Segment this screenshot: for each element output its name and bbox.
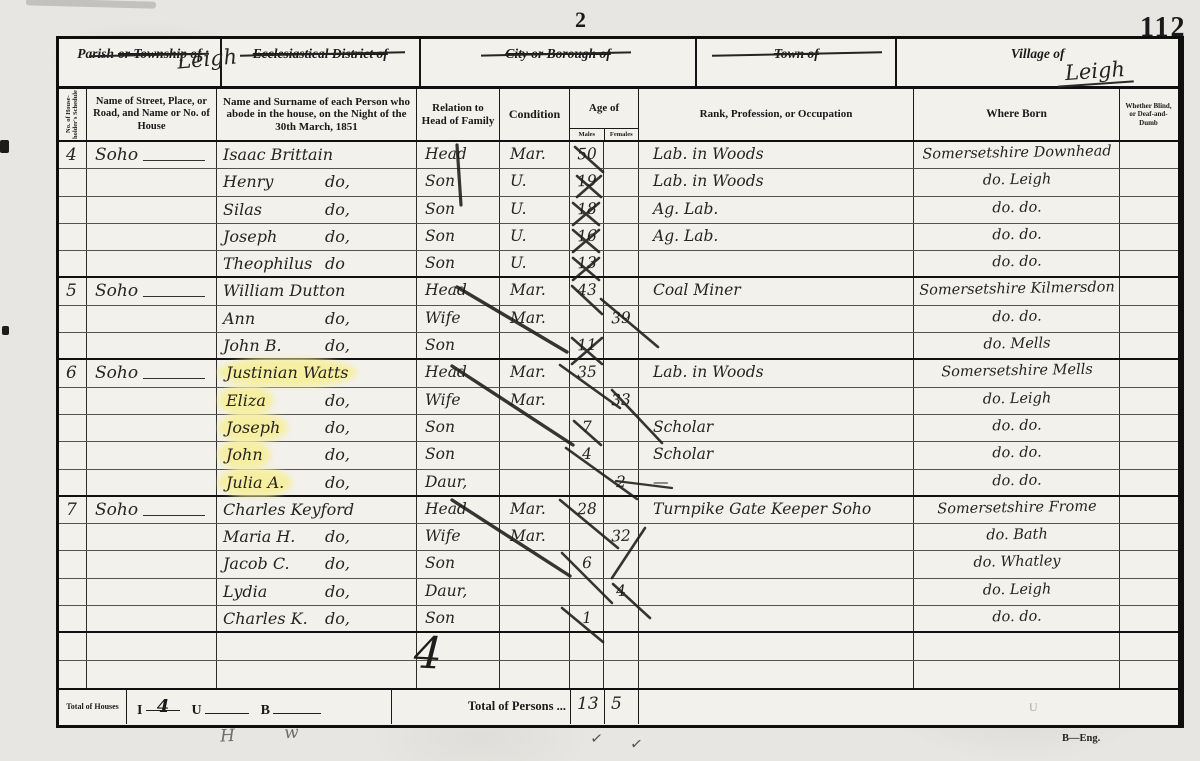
condition-cell: Mar. <box>500 142 570 168</box>
person-name: Julia A. <box>223 473 287 492</box>
col-header-occupation: Rank, Profession, or Occupation <box>639 89 914 140</box>
uninhabited-label: U <box>191 703 201 718</box>
occupation-cell: Ag. Lab. <box>639 197 914 223</box>
street-cell <box>87 197 217 223</box>
census-row: Silasdo,SonU.18Ag. Lab.do. do. <box>59 197 1178 224</box>
relation-cell: Head <box>417 278 500 304</box>
ditto-mark: do, <box>325 582 350 601</box>
street-cell <box>87 333 217 358</box>
col-header-where-born: Where Born <box>914 89 1120 140</box>
street-cell: Soho <box>87 497 217 523</box>
schedule-cell <box>59 661 87 688</box>
person-name: Silas <box>223 200 262 219</box>
person-name: Justinian Watts <box>223 363 352 382</box>
street-cell: Soho <box>87 360 217 386</box>
street-cell <box>87 661 217 688</box>
name-cell: Anndo, <box>217 306 417 332</box>
person-name: William Dutton <box>223 281 345 300</box>
schedule-cell <box>59 606 87 631</box>
name-cell: Johndo, <box>217 442 417 468</box>
condition-cell <box>500 333 570 358</box>
total-persons-label: Total of Persons ... <box>392 690 570 724</box>
schedule-cell <box>59 306 87 332</box>
ditto-mark: do, <box>325 609 350 628</box>
schedule-cell <box>59 551 87 577</box>
person-name: Eliza <box>223 391 269 410</box>
person-name: Theophilus <box>223 254 312 273</box>
person-name: John B. <box>223 336 282 355</box>
where-born-cell: Somersetshire Frome <box>914 497 1120 523</box>
age-female-cell: 39 <box>604 306 639 332</box>
census-row: Lydiado,Daur,4do. Leigh <box>59 579 1178 606</box>
condition-cell <box>500 442 570 468</box>
census-row: 6SohoJustinian WattsHeadMar.35Lab. in Wo… <box>59 360 1178 387</box>
ditto-mark: do, <box>325 227 350 246</box>
name-cell: Josephdo, <box>217 224 417 250</box>
age-male-cell: 13 <box>570 251 604 276</box>
name-cell: Jacob C.do, <box>217 551 417 577</box>
where-born-cell: do. Leigh <box>914 388 1120 414</box>
where-born-cell: do. do. <box>914 224 1120 250</box>
street-cell <box>87 251 217 276</box>
col-header-age: Age of Males Females <box>570 89 639 140</box>
col-header-males: Males <box>570 129 605 140</box>
occupation-cell <box>639 333 914 358</box>
age-male-cell <box>570 306 604 332</box>
street-cell <box>87 169 217 195</box>
occupation-cell: Scholar <box>639 415 914 441</box>
where-born-cell: do. Leigh <box>914 169 1120 195</box>
age-female-cell <box>604 224 639 250</box>
condition-cell: Mar. <box>500 306 570 332</box>
ditto-mark: do, <box>325 172 350 191</box>
census-form: Parish or Township of Leigh Ecclesiastic… <box>56 36 1184 728</box>
schedule-cell <box>59 224 87 250</box>
name-cell: Josephdo, <box>217 415 417 441</box>
person-name: Joseph <box>223 227 277 246</box>
handwritten-dash <box>143 296 205 297</box>
name-cell: Julia A.do, <box>217 470 417 495</box>
occupation-cell: Lab. in Woods <box>639 142 914 168</box>
schedule-cell: 4 <box>59 142 87 168</box>
infirmity-cell <box>1120 470 1177 495</box>
relation-cell: Daur, <box>417 470 500 495</box>
infirmity-cell <box>1120 142 1177 168</box>
age-male-cell: 50 <box>570 142 604 168</box>
person-name: Jacob C. <box>223 554 290 573</box>
age-female-cell <box>604 442 639 468</box>
census-scan-page: 2 112 Parish or Township of Leigh Eccles… <box>0 0 1200 761</box>
where-born-cell: do. do. <box>914 470 1120 495</box>
condition-cell: Mar. <box>500 360 570 386</box>
name-cell: Charles Keyford <box>217 497 417 523</box>
occupation-cell: Coal Miner <box>639 278 914 304</box>
where-born-cell: Somersetshire Kilmersdon <box>914 278 1120 304</box>
street-cell <box>87 470 217 495</box>
where-born-cell: do. Mells <box>914 333 1120 358</box>
person-name: Joseph <box>223 418 283 437</box>
occupation-cell <box>639 633 914 659</box>
age-female-cell: 33 <box>604 388 639 414</box>
census-row: Anndo,WifeMar.39do. do. <box>59 306 1178 333</box>
age-female-cell <box>604 633 639 659</box>
infirmity-cell <box>1120 524 1177 550</box>
infirmity-cell <box>1120 360 1177 386</box>
age-female-cell <box>604 360 639 386</box>
condition-cell: U. <box>500 197 570 223</box>
relation-cell: Head <box>417 360 500 386</box>
age-female-cell <box>604 251 639 276</box>
col-header-infirmity: Whether Blind, or Deaf-and-Dumb <box>1120 89 1177 140</box>
street-cell <box>87 306 217 332</box>
infirmity-cell <box>1120 442 1177 468</box>
inhabited-label: I <box>137 703 142 718</box>
where-born-cell: do. Leigh <box>914 579 1120 605</box>
age-male-cell <box>570 579 604 605</box>
parish-label: Parish <box>77 46 114 61</box>
name-cell: John B.do, <box>217 333 417 358</box>
name-cell: Henrydo, <box>217 169 417 195</box>
condition-cell <box>500 551 570 577</box>
col-header-relation: Relation to Head of Family <box>417 89 500 140</box>
infirmity-cell <box>1120 661 1177 688</box>
inhabited-value-handwritten: 4 <box>157 696 170 717</box>
age-female-cell <box>604 278 639 304</box>
where-born-cell: do. do. <box>914 306 1120 332</box>
age-male-cell <box>570 633 604 659</box>
ditto-mark: do, <box>325 336 350 355</box>
total-males-value: 13 <box>577 694 599 714</box>
col-header-schedule: No. of House-holder's Schedule <box>59 89 87 140</box>
person-name: Charles K. <box>223 609 308 628</box>
name-cell: Justinian Watts <box>217 360 417 386</box>
census-row <box>59 661 1178 688</box>
age-male-cell: 1 <box>570 606 604 631</box>
schedule-cell: 5 <box>59 278 87 304</box>
where-born-cell <box>914 633 1120 659</box>
person-name: Charles Keyford <box>223 500 354 519</box>
col-header-condition: Condition <box>500 89 570 140</box>
handwritten-dash <box>143 160 205 161</box>
street-cell <box>87 579 217 605</box>
village-value-handwritten: Leigh <box>1056 56 1134 87</box>
total-houses-label: Total of Houses <box>59 690 127 724</box>
age-male-cell <box>570 661 604 688</box>
age-male-cell: 28 <box>570 497 604 523</box>
schedule-cell <box>59 579 87 605</box>
census-rows: 4SohoIsaac BrittainHeadMar.50Lab. in Woo… <box>59 142 1178 688</box>
schedule-cell <box>59 415 87 441</box>
infirmity-cell <box>1120 278 1177 304</box>
street-cell <box>87 606 217 631</box>
infirmity-cell <box>1120 633 1177 659</box>
schedule-cell <box>59 251 87 276</box>
census-row: Johndo,Son4Scholardo. do. <box>59 442 1178 469</box>
occupation-cell <box>639 579 914 605</box>
age-female-cell <box>604 169 639 195</box>
street-cell <box>87 442 217 468</box>
condition-cell <box>500 606 570 631</box>
person-name: John <box>223 445 266 464</box>
age-female-cell <box>604 661 639 688</box>
infirmity-cell <box>1120 224 1177 250</box>
age-male-cell: 35 <box>570 360 604 386</box>
relation-cell: Wife <box>417 306 500 332</box>
schedule-cell: 6 <box>59 360 87 386</box>
condition-cell: U. <box>500 224 570 250</box>
column-headers: No. of House-holder's Schedule Name of S… <box>59 89 1178 142</box>
relation-cell: Wife <box>417 388 500 414</box>
schedule-cell: 7 <box>59 497 87 523</box>
town-cell: Town of <box>697 39 897 86</box>
infirmity-cell <box>1120 169 1177 195</box>
occupation-cell: — <box>639 470 914 495</box>
schedule-cell <box>59 197 87 223</box>
condition-cell: Mar. <box>500 278 570 304</box>
relation-cell: Son <box>417 251 500 276</box>
street-cell <box>87 524 217 550</box>
schedule-cell <box>59 633 87 659</box>
total-females-value: 5 <box>611 694 622 714</box>
occupation-cell: Lab. in Woods <box>639 360 914 386</box>
condition-cell: Mar. <box>500 388 570 414</box>
person-name: Maria H. <box>223 527 295 546</box>
relation-cell: Son <box>417 197 500 223</box>
check-marks: ✓ ✓ <box>589 729 656 757</box>
census-row: Josephdo,Son7Scholardo. do. <box>59 415 1178 442</box>
name-cell <box>217 633 417 659</box>
relation-cell: Wife <box>417 524 500 550</box>
name-cell: Maria H.do, <box>217 524 417 550</box>
where-born-cell: Somersetshire Mells <box>914 360 1120 386</box>
scan-speck <box>0 140 9 153</box>
age-female-cell <box>604 551 639 577</box>
occupation-cell <box>639 606 914 631</box>
relation-cell: Son <box>417 415 500 441</box>
census-row: 5SohoWilliam DuttonHeadMar.43Coal MinerS… <box>59 278 1178 305</box>
age-male-cell <box>570 388 604 414</box>
person-name: Isaac Brittain <box>223 145 333 164</box>
where-born-cell <box>914 661 1120 688</box>
condition-cell <box>500 661 570 688</box>
ditto-mark: do, <box>325 554 350 573</box>
street-cell <box>87 388 217 414</box>
city-borough-cell: City or Borough of <box>421 39 698 86</box>
where-born-cell: do. do. <box>914 251 1120 276</box>
street-cell <box>87 633 217 659</box>
infirmity-cell <box>1120 415 1177 441</box>
name-cell: Silasdo, <box>217 197 417 223</box>
street-cell: Soho <box>87 278 217 304</box>
infirmity-cell <box>1120 551 1177 577</box>
where-born-cell: do. do. <box>914 197 1120 223</box>
occupation-cell: Ag. Lab. <box>639 224 914 250</box>
census-row: 4SohoIsaac BrittainHeadMar.50Lab. in Woo… <box>59 142 1178 169</box>
census-row: John B.do,Son11do. Mells <box>59 333 1178 360</box>
occupation-cell <box>639 306 914 332</box>
age-male-cell: 18 <box>570 197 604 223</box>
age-female-cell <box>604 497 639 523</box>
where-born-cell: do. do. <box>914 415 1120 441</box>
ditto-mark: do <box>325 254 345 273</box>
age-female-cell <box>604 333 639 358</box>
infirmity-cell <box>1120 388 1177 414</box>
handwritten-dash <box>143 378 205 379</box>
person-name: Lydia <box>223 582 267 601</box>
name-cell: Theophilusdo <box>217 251 417 276</box>
ditto-mark: do, <box>325 391 350 410</box>
relation-cell: Son <box>417 442 500 468</box>
schedule-cell <box>59 333 87 358</box>
condition-cell <box>500 470 570 495</box>
age-male-cell <box>570 470 604 495</box>
condition-cell <box>500 579 570 605</box>
census-row: Henrydo,SonU.19Lab. in Woodsdo. Leigh <box>59 169 1178 196</box>
condition-cell <box>500 633 570 659</box>
village-cell: Village of Leigh <box>897 39 1178 86</box>
total-males-cell: 13 <box>570 690 604 724</box>
name-cell: Isaac Brittain <box>217 142 417 168</box>
infirmity-cell <box>1120 306 1177 332</box>
occupation-cell <box>639 251 914 276</box>
age-male-cell <box>570 524 604 550</box>
where-born-cell: Somersetshire Downhead <box>914 142 1120 168</box>
infirmity-cell <box>1120 197 1177 223</box>
village-label: Village of <box>1011 46 1065 61</box>
relation-cell: Head <box>417 497 500 523</box>
locality-header: Parish or Township of Leigh Ecclesiastic… <box>59 39 1178 89</box>
occupation-cell: Turnpike Gate Keeper Soho <box>639 497 914 523</box>
relation-cell: Son <box>417 224 500 250</box>
occupation-cell <box>639 661 914 688</box>
age-female-cell: 32 <box>604 524 639 550</box>
age-female-cell: 4 <box>604 579 639 605</box>
ditto-mark: do, <box>325 445 350 464</box>
infirmity-cell <box>1120 497 1177 523</box>
parish-cell: Parish or Township of Leigh <box>59 39 222 86</box>
age-male-cell: 6 <box>570 551 604 577</box>
occupation-cell: Scholar <box>639 442 914 468</box>
age-male-cell: 7 <box>570 415 604 441</box>
age-male-cell: 16 <box>570 224 604 250</box>
condition-cell: Mar. <box>500 497 570 523</box>
occupation-cell <box>639 388 914 414</box>
census-row: Julia A.do,Daur,2—do. do. <box>59 470 1178 497</box>
street-cell <box>87 224 217 250</box>
street-cell <box>87 415 217 441</box>
condition-cell <box>500 415 570 441</box>
age-female-cell: 2 <box>604 470 639 495</box>
where-born-cell: do. do. <box>914 442 1120 468</box>
relation-cell: Daur, <box>417 579 500 605</box>
condition-cell: U. <box>500 169 570 195</box>
footer-blank-cell: U <box>639 690 1178 724</box>
census-row: Jacob C.do,Son6do. Whatley <box>59 551 1178 578</box>
schedule-cell <box>59 442 87 468</box>
ditto-mark: do, <box>325 527 350 546</box>
infirmity-cell <box>1120 333 1177 358</box>
scan-smudge <box>26 0 156 9</box>
census-row: Maria H.do,WifeMar.32do. Bath <box>59 524 1178 551</box>
age-female-cell <box>604 606 639 631</box>
building-label: B <box>261 703 270 718</box>
ditto-mark: do, <box>325 200 350 219</box>
condition-cell: Mar. <box>500 524 570 550</box>
relation-cell: Son <box>417 169 500 195</box>
schedule-cell <box>59 169 87 195</box>
col-header-females: Females <box>605 129 639 140</box>
infirmity-cell <box>1120 579 1177 605</box>
schedule-cell <box>59 388 87 414</box>
houses-tally-cell: I 4 U B <box>127 690 392 724</box>
street-cell: Soho <box>87 142 217 168</box>
age-female-cell <box>604 142 639 168</box>
occupation-cell: Lab. in Woods <box>639 169 914 195</box>
where-born-cell: do. Bath <box>914 524 1120 550</box>
ditto-mark: do, <box>325 473 350 492</box>
occupation-cell <box>639 551 914 577</box>
ditto-mark: do, <box>325 309 350 328</box>
age-female-cell <box>604 197 639 223</box>
census-row: Josephdo,SonU.16Ag. Lab.do. do. <box>59 224 1178 251</box>
relation-cell: Son <box>417 333 500 358</box>
ditto-mark: do, <box>325 418 350 437</box>
street-cell <box>87 551 217 577</box>
infirmity-cell <box>1120 251 1177 276</box>
relation-cell: Head <box>417 142 500 168</box>
pencil-scribbles: H w <box>220 721 322 746</box>
census-row: TheophilusdoSonU.13do. do. <box>59 251 1178 278</box>
totals-footer: Total of Houses I 4 U B Total of Persons… <box>59 688 1178 724</box>
name-cell: William Dutton <box>217 278 417 304</box>
relation-column-tally: 4 <box>413 627 444 679</box>
schedule-cell <box>59 470 87 495</box>
faint-print-marks: U <box>1029 700 1066 715</box>
census-row: Charles K.do,Son1do. do. <box>59 606 1178 633</box>
condition-cell: U. <box>500 251 570 276</box>
where-born-cell: do. Whatley <box>914 551 1120 577</box>
name-cell <box>217 661 417 688</box>
folio-number: 2 <box>575 7 586 33</box>
age-male-cell: 11 <box>570 333 604 358</box>
census-row: 7SohoCharles KeyfordHeadMar.28Turnpike G… <box>59 497 1178 524</box>
schedule-cell <box>59 524 87 550</box>
col-header-name: Name and Surname of each Person who abod… <box>217 89 417 140</box>
age-male-cell: 19 <box>570 169 604 195</box>
census-row: Elizado,WifeMar.33do. Leigh <box>59 388 1178 415</box>
relation-cell: Son <box>417 551 500 577</box>
col-header-street: Name of Street, Place, or Road, and Name… <box>87 89 217 140</box>
age-female-cell <box>604 415 639 441</box>
handwritten-dash <box>143 515 205 516</box>
age-male-cell: 43 <box>570 278 604 304</box>
occupation-cell <box>639 524 914 550</box>
ecclesiastical-cell: Ecclesiastical District of <box>222 39 421 86</box>
printer-mark: B—Eng. <box>1062 733 1100 744</box>
name-cell: Charles K.do, <box>217 606 417 631</box>
infirmity-cell <box>1120 606 1177 631</box>
name-cell: Lydiado, <box>217 579 417 605</box>
census-row <box>59 633 1178 660</box>
where-born-cell: do. do. <box>914 606 1120 631</box>
person-name: Ann <box>223 309 255 328</box>
name-cell: Elizado, <box>217 388 417 414</box>
scan-speck <box>2 326 9 335</box>
total-females-cell: 5 <box>604 690 639 724</box>
age-male-cell: 4 <box>570 442 604 468</box>
person-name: Henry <box>223 172 273 191</box>
